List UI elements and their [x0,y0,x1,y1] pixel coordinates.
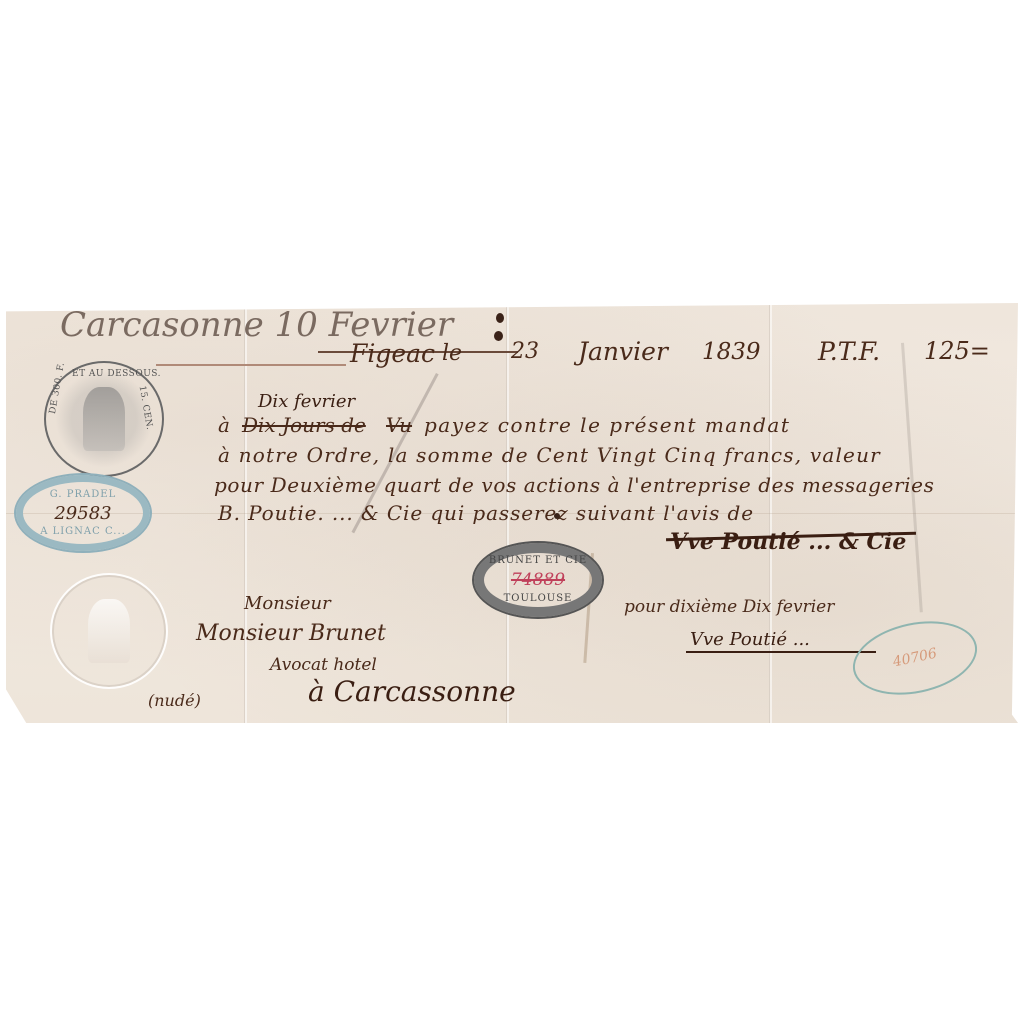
address-line3: à Carcassonne [308,675,516,708]
ink-blot [494,331,503,341]
address-line2: Avocat hotel [270,655,377,675]
date-insert: Dix fevrier [258,391,355,412]
stamp-bottom-text: TOULOUSE [504,594,573,604]
stamp-top-text: BRUNET ET CIE [489,556,587,566]
acceptance-signature: Vve Poutié ... [690,629,810,650]
address-line1: Monsieur Brunet [196,621,386,646]
stamp-bottom-text: A LIGNAC C... [40,527,126,537]
salutation: Monsieur [244,593,331,614]
seal-text-right: 15. CEN. [137,385,155,431]
line4: B. Poutie. ... & Cie qui passerez suivan… [218,501,754,525]
issue-day: 23 [511,339,539,364]
seal-figure-icon [83,387,125,451]
address-note: (nudé) [148,691,201,710]
seal-text-left: DE 300. F. [48,362,67,415]
line1-b: payez contre le présent mandat [424,413,790,437]
signature-flourish [686,651,876,653]
ink-blot [554,513,560,519]
line1-a: à [218,413,230,437]
line3: pour Deuxième quart de vos actions à l'e… [214,473,934,497]
brunet-stamp: BRUNET ET CIE 74889 TOULOUSE [472,541,604,619]
amount: 125= [924,337,990,365]
line1-struck2: Vu [386,413,412,437]
issue-place: Figeac [350,339,435,368]
embossed-figure-icon [88,599,130,663]
stamp-top-text: G. PRADEL [50,490,116,500]
pradel-stamp: G. PRADEL 29583 A LIGNAC C... [14,473,152,553]
issue-connector: le [442,341,462,366]
stamp-number: 40706 [892,647,938,670]
tax-seal: ET AU DESSOUS. DE 300. F. 15. CEN. [44,361,164,477]
issue-year: 1839 [702,339,761,365]
acceptance-text: pour dixième Dix fevrier [624,597,834,617]
issue-month: Janvier [578,337,668,366]
line2: à notre Ordre, la somme de Cent Vingt Ci… [218,443,881,467]
amount-label: P.T.F. [818,337,880,366]
underline [156,364,346,366]
line1-struck-text: Dix Jours de [242,413,366,437]
stamp-number: 74889 [511,572,565,589]
seal-text-top: ET AU DESSOUS. [72,369,161,379]
ink-blot [496,313,504,323]
stamp-number: 29583 [54,505,111,523]
bill-of-exchange-paper: Carcasonne 10 Fevrier Figeac le 23 Janvi… [6,303,1018,723]
embossed-seal [50,573,168,689]
teal-stamp: 40706 [846,611,984,706]
